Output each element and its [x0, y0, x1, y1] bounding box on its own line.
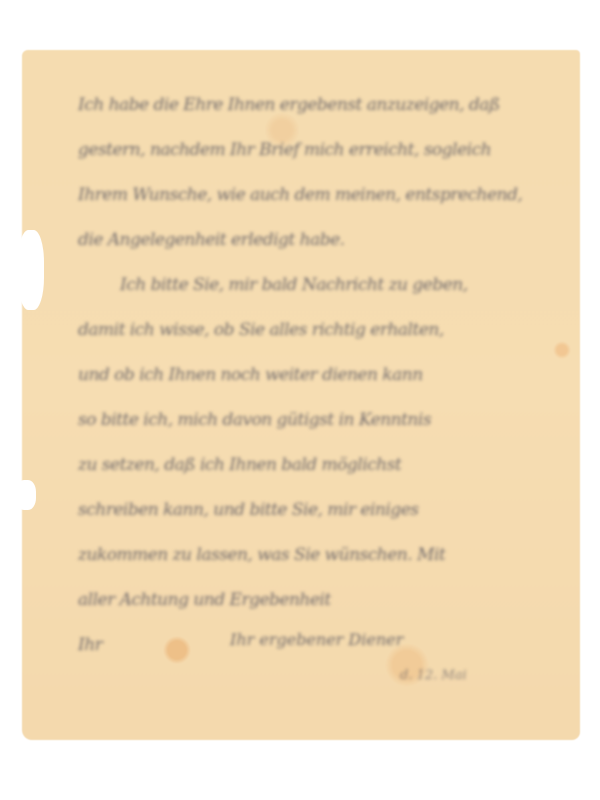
letter-line: so bitte ich, mich davon gütigst in Kenn… [78, 410, 578, 455]
paper-tear [16, 480, 36, 510]
letter-line: zukommen zu lassen, was Sie wünschen. Mi… [78, 545, 578, 590]
signature: Ihr ergebener Diener [230, 630, 403, 649]
letter-line: aller Achtung und Ergebenheit [78, 590, 578, 635]
letter-line: die Angelegenheit erledigt habe. [78, 230, 578, 275]
letter-line: damit ich wisse, ob Sie alles richtig er… [78, 320, 578, 365]
letter-line: Ich bitte Sie, mir bald Nachricht zu geb… [78, 275, 578, 320]
letter-line: gestern, nachdem Ihr Brief mich erreicht… [78, 140, 578, 185]
letter-line: schreiben kann, und bitte Sie, mir einig… [78, 500, 578, 545]
letter-line: Ich habe die Ehre Ihnen ergebenst anzuze… [78, 95, 578, 140]
paper-tear [18, 230, 44, 310]
letter-line: zu setzen, daß ich Ihnen bald möglichst [78, 455, 578, 500]
letter-line: und ob ich Ihnen noch weiter dienen kann [78, 365, 578, 410]
letter-line: Ihrem Wunsche, wie auch dem meinen, ents… [78, 185, 578, 230]
letter-body: Ich habe die Ehre Ihnen ergebenst anzuze… [78, 95, 578, 680]
signature-note: d. 12. Mai [400, 668, 467, 683]
